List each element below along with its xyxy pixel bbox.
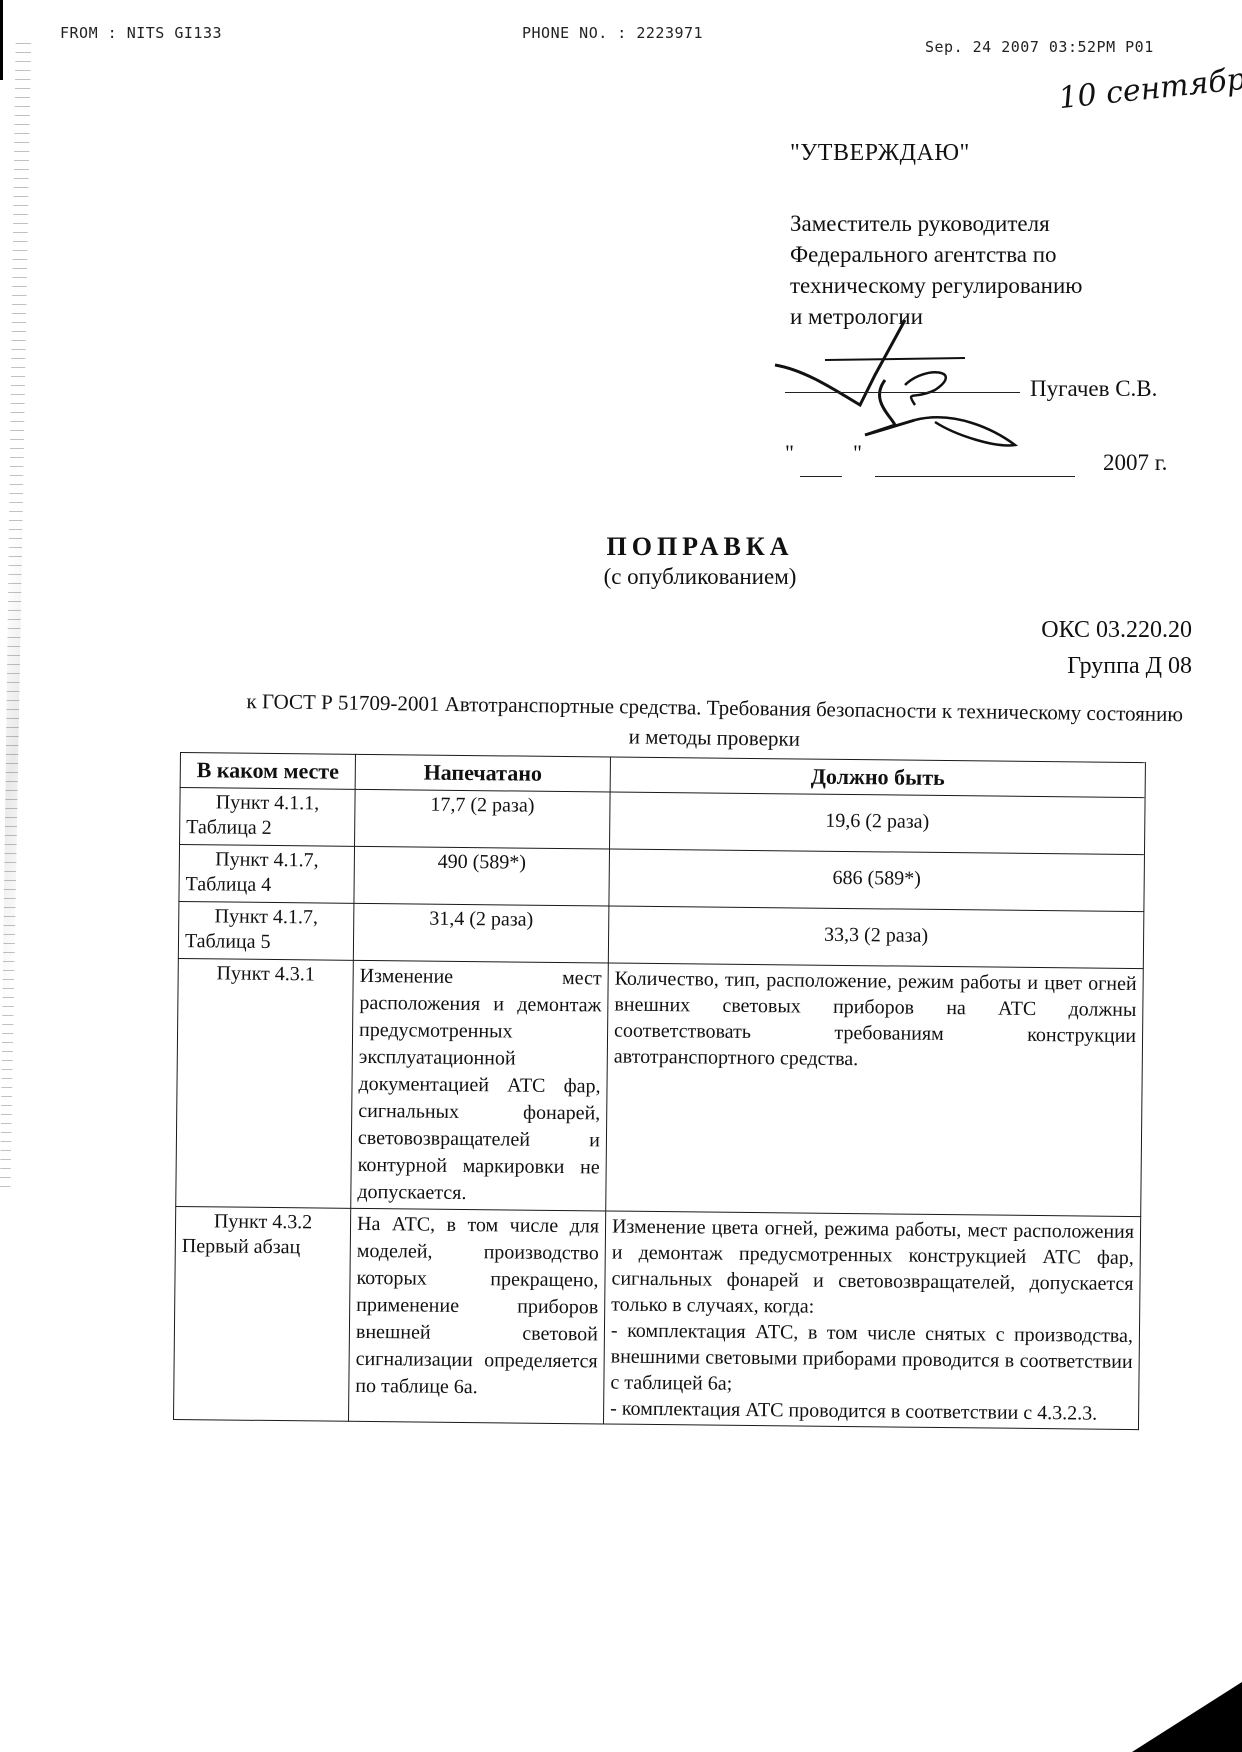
cell-should-be: Количество, тип, расположение, режим раб… (606, 963, 1144, 1217)
approval-stamp: "УТВЕРЖДАЮ" (790, 140, 970, 167)
date-year: 2007 г. (1103, 450, 1167, 476)
cell-place: Пункт 4.3.2 Первый абзац (174, 1206, 351, 1421)
table-row: Пункт 4.3.2 Первый абзац На АТС, в том ч… (174, 1206, 1141, 1429)
cell-printed: На АТС, в том числе для моделей, произво… (349, 1208, 606, 1424)
scan-noise-edge (0, 40, 52, 1190)
cell-printed: 31,4 (2 раза) (353, 903, 609, 963)
place-line: Таблица 2 (186, 815, 348, 842)
should-be-item: - комплектация АТС проводится в соответс… (610, 1396, 1132, 1427)
classifier-block: ОКС 03.220.20 Группа Д 08 (1041, 612, 1192, 684)
cell-place: Пункт 4.1.7, Таблица 4 (179, 845, 355, 904)
document-title: ПОПРАВКА (0, 532, 1242, 562)
approver-line: техническому регулированию (790, 270, 1210, 301)
approver-line: Федерального агентства по (790, 239, 1210, 270)
corrections-table: В каком месте Напечатано Должно быть Пун… (173, 752, 1146, 1430)
cell-place: Пункт 4.1.1, Таблица 2 (180, 788, 356, 847)
should-be-intro: Изменение цвета огней, режима работы, ме… (611, 1214, 1134, 1323)
approval-date: " " 2007 г. (785, 440, 1205, 480)
cell-printed: 490 (589*) (354, 846, 610, 906)
group-code: Группа Д 08 (1041, 648, 1192, 684)
cell-place: Пункт 4.3.1 (176, 958, 354, 1208)
scan-corner-artifact (1132, 1682, 1242, 1752)
header-place: В каком месте (180, 753, 355, 790)
should-be-item: - комплектация АТС, в том числе снятых с… (610, 1318, 1133, 1401)
cell-should-be: 19,6 (2 раза) (610, 792, 1146, 855)
handwritten-note: 10 сентября 20 (1057, 55, 1242, 117)
document-subtitle: (с опубликованием) (0, 564, 1242, 590)
fax-header: FROM : NITS GI133 PHONE NO. : 2223971 Se… (0, 24, 1242, 48)
approver-line: Заместитель руководителя (790, 208, 1210, 239)
place-line: Таблица 5 (185, 929, 347, 956)
fax-phone: PHONE NO. : 2223971 (522, 24, 703, 42)
standard-reference: к ГОСТ Р 51709-2001 Автотранспортные сре… (239, 686, 1190, 759)
place-line: Пункт 4.3.2 (214, 1210, 313, 1233)
date-quote-open: " (785, 440, 794, 466)
cell-place: Пункт 4.1.7, Таблица 5 (178, 901, 354, 960)
cell-printed: Изменение мест расположения и демонтаж п… (351, 960, 609, 1211)
table-row: Пункт 4.3.1 Изменение мест расположения … (176, 958, 1144, 1216)
place-line: Первый абзац (182, 1234, 344, 1261)
date-month-blank (875, 476, 1075, 477)
place-line: Пункт 4.1.7, (215, 848, 319, 871)
cell-should-be: Изменение цвета огней, режима работы, ме… (603, 1211, 1140, 1430)
signer-name: Пугачев С.В. (1030, 376, 1157, 402)
date-day-blank (800, 476, 842, 477)
cell-should-be: 33,3 (2 раза) (608, 906, 1144, 969)
place-line: Пункт 4.1.7, (214, 905, 318, 928)
place-line: Пункт 4.1.1, (216, 791, 320, 814)
cell-printed: 17,7 (2 раза) (355, 789, 611, 849)
table-row: Пункт 4.1.7, Таблица 4 490 (589*) 686 (5… (179, 845, 1145, 912)
header-printed: Напечатано (355, 754, 610, 792)
signature-line (785, 392, 1020, 393)
table-row: Пункт 4.1.1, Таблица 2 17,7 (2 раза) 19,… (180, 788, 1146, 855)
place-line: Пункт 4.3.1 (216, 962, 315, 985)
fax-from: FROM : NITS GI133 (60, 24, 222, 42)
fax-datetime: Sep. 24 2007 03:52PM P01 (925, 38, 1154, 56)
signature-icon (765, 310, 1025, 450)
place-line: Таблица 4 (185, 872, 347, 899)
oks-code: ОКС 03.220.20 (1041, 612, 1192, 648)
table-row: Пункт 4.1.7, Таблица 5 31,4 (2 раза) 33,… (178, 901, 1144, 968)
date-quote-close: " (853, 440, 862, 466)
header-should-be: Должно быть (610, 757, 1145, 798)
cell-should-be: 686 (589*) (609, 849, 1145, 912)
